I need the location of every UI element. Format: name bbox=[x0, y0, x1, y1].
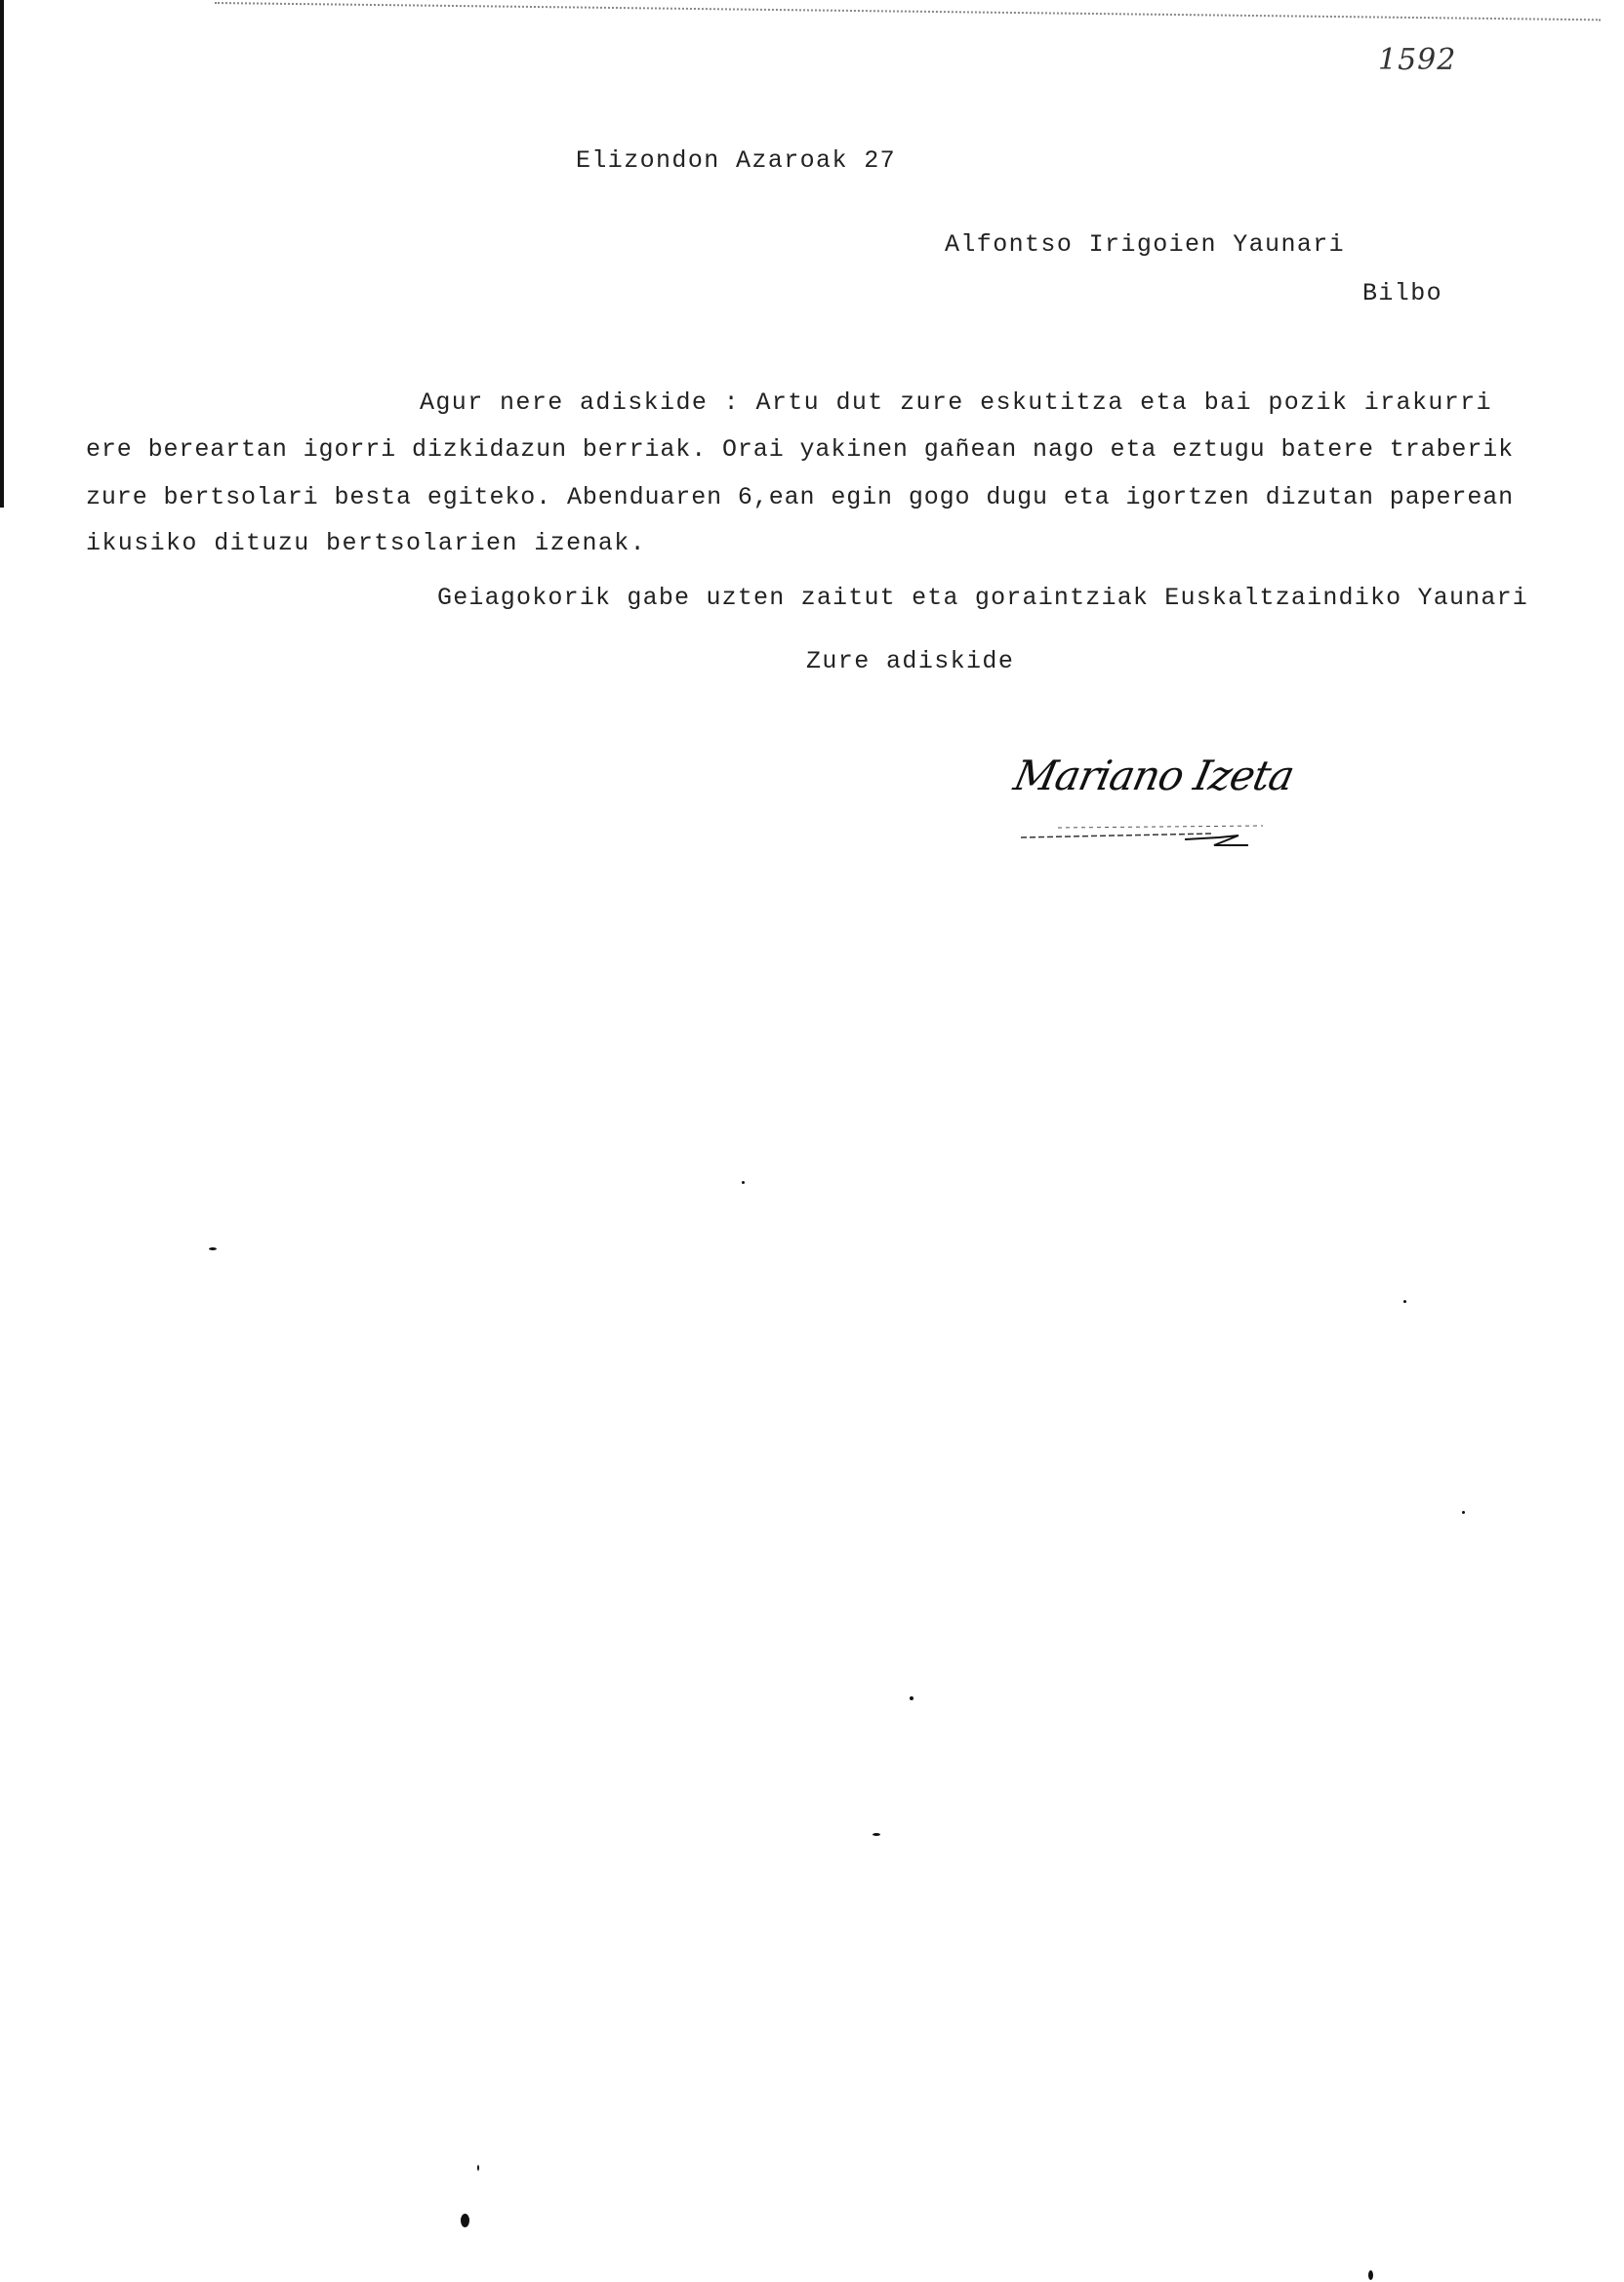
recipient-city: Bilbo bbox=[1362, 281, 1442, 306]
scan-edge-bar bbox=[0, 0, 4, 508]
salutation: Zure adiskide bbox=[806, 649, 1014, 673]
scan-speck bbox=[477, 2165, 479, 2171]
scan-speck bbox=[742, 1181, 745, 1184]
signature-flourish-icon bbox=[1019, 816, 1292, 849]
body-line: Agur nere adiskide : Artu dut zure eskut… bbox=[420, 390, 1492, 415]
body-line: ikusiko dituzu bertsolarien izenak. bbox=[86, 531, 646, 555]
signature: Mariano Izeta bbox=[1010, 752, 1298, 799]
body-line: ere bereartan igorri dizkidazun berriak.… bbox=[86, 437, 1514, 462]
scan-speck bbox=[1368, 2270, 1373, 2280]
page-number: 1592 bbox=[1378, 43, 1456, 77]
scan-top-line bbox=[215, 2, 1601, 20]
scan-speck bbox=[209, 1247, 217, 1250]
body-line: zure bertsolari besta egiteko. Abenduare… bbox=[86, 485, 1514, 509]
recipient-name: Alfontso Irigoien Yaunari bbox=[945, 232, 1345, 257]
closing-line: Geiagokorik gabe uzten zaitut eta gorain… bbox=[437, 586, 1528, 610]
scan-speck bbox=[910, 1696, 913, 1700]
scan-speck bbox=[461, 2214, 469, 2227]
scan-speck bbox=[873, 1833, 880, 1836]
scan-speck bbox=[1462, 1511, 1465, 1514]
date-line: Elizondon Azaroak 27 bbox=[576, 148, 896, 173]
letter-page: 1592 Elizondon Azaroak 27 Alfontso Irigo… bbox=[0, 0, 1624, 2282]
scan-speck bbox=[1403, 1300, 1406, 1303]
